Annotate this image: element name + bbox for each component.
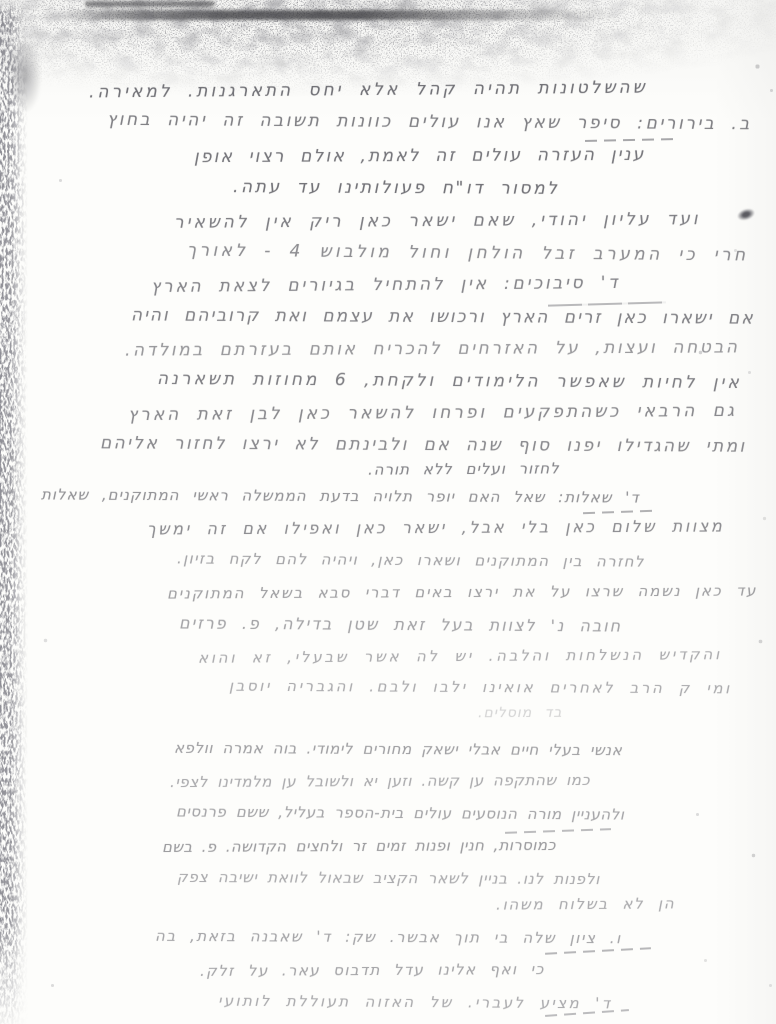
handwritten-line: והקדיש הנשלחות והלבה. יש לה אשר שבעלי, ז… (198, 647, 722, 666)
scanned-document-page: { "document": { "lines": [ {"text": "שהש… (0, 0, 776, 1024)
handwritten-line: כמוסרות, חנין ופנות זמים זר ולחצים הקדוש… (162, 838, 556, 855)
scan-edge-strip-left (0, 0, 28, 1024)
handwritten-line: ועד עליון יהודי, שאם ישאר כאן ריק אין לה… (173, 211, 700, 232)
handwritten-line: עד כאן נשמה שרצו על את ירצו באים דברי סב… (167, 583, 757, 601)
handwritten-line: שהשלטונות תהיה קהל אלא יחס התארגנות. למא… (89, 80, 648, 102)
handwritten-line: ומתי שהגדילו יפנו סוף שנה אם ולבינתם לא … (100, 435, 747, 455)
handwritten-line: הבטחה ועצות, על האזרחים להכריח אותם בעזר… (125, 339, 740, 359)
hand-underline-mark (548, 301, 666, 306)
hand-underline-mark (583, 510, 653, 514)
handwritten-line: הן לא בשלוח משהו. (496, 896, 676, 912)
handwritten-line: ד' סיבוכים: אין להתחיל בגיורים לצאת הארץ (151, 275, 620, 296)
handwritten-line: ב. בירורים: סיפר שאץ אנו עולים כוונות תש… (107, 112, 752, 134)
handwritten-line: אין לחיות שאפשר הלימודים ולקחת, 6 מחוזות… (157, 371, 742, 392)
scan-streak-top (55, 10, 620, 20)
scan-streak-top-small (85, 1, 215, 7)
handwritten-line: למסור דו"ח פעולותינו עד עתה. (233, 179, 560, 198)
scan-blotch-top-left (8, 36, 42, 114)
handwritten-line: לחזרה בין המתוקנים ושארו כאן, ויהיה להם … (177, 551, 645, 569)
handwritten-line: ד' שאלות: שאל האם יופר תלויה בדעת הממשלה… (41, 487, 640, 505)
handwritten-line: אנשי בעלי חיים אבלי ישאק מחורים לימודי. … (174, 741, 622, 758)
handwritten-line: כי ואף אלינו עדל תדבוס עאר. על זלק. (200, 962, 545, 979)
hand-underline-mark (545, 947, 651, 955)
handwritten-line: ולהעניין מורה הנוסעים עולים בית-הספר בעל… (176, 804, 625, 822)
handwritten-line: ולפנות לנו. בניין לשאר הקציב שבאול לוואת… (177, 870, 600, 887)
handwritten-line: אם ישארו כאן זרים הארץ ורכושו את עצמם וא… (131, 307, 755, 327)
scan-speckles (0, 0, 1, 1)
hand-underline-mark (585, 138, 677, 142)
handwritten-line: מצוות שלום כאן בלי אבל, ישאר כאן ואפילו … (147, 518, 724, 537)
handwritten-line: כמו שהתקפה ען קשה. וזען יא ולשובל ען מלמ… (170, 773, 590, 790)
handwritten-line: ו. ציון שלה בי תוך אבשר. שק: ד' שאבנה בז… (155, 929, 622, 946)
handwritten-line: חובה נ' לצוות בעל זאת שטן בדילה, פ. פרזי… (179, 615, 622, 634)
hand-underline-mark (505, 828, 611, 834)
handwritten-line: לחזור ועלים ללא תורה. (368, 461, 560, 477)
handwritten-line: בד מוסלים. (478, 706, 563, 720)
ink-smudge-right-margin (736, 206, 757, 222)
handwritten-line: ענין העזרה עולים זה לאמת, אולם רצוי אופן (193, 147, 645, 166)
handwritten-line: ד' מציע לעברי. של האזוה תעוללת לותועי (218, 994, 612, 1012)
handwritten-line: חרי כי המערב זבל הולחן וחול מולבוש 4 - ל… (186, 243, 748, 265)
handwritten-line: גם הרבאי כשהתפקעים ופרחו להשאר כאן לבן ז… (128, 403, 737, 424)
handwritten-line: ומי ק הרב לאחרים אואינו ילבו ולבם. והגבר… (229, 679, 732, 697)
